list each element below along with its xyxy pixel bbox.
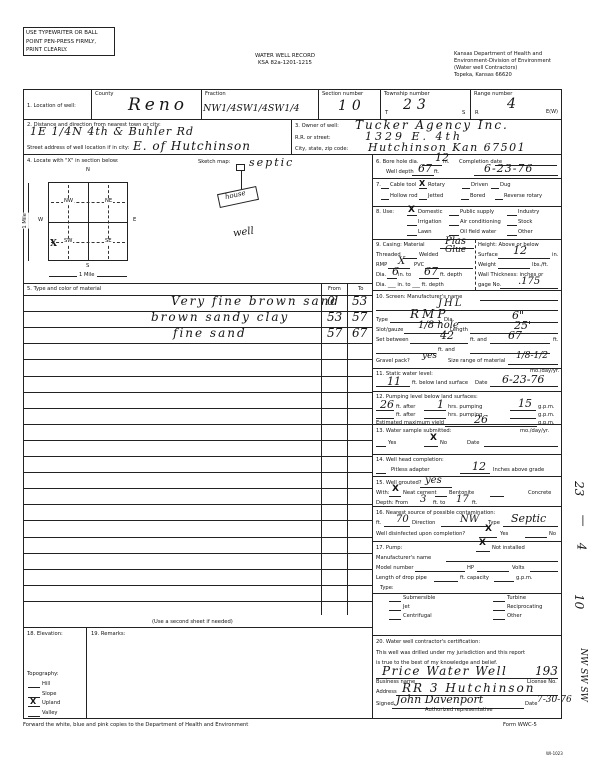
pump-type-centrifugal[interactable]: Centrifugal (403, 614, 432, 620)
material-from[interactable]: 53 (327, 311, 342, 324)
location-label: 1. Location of well: (27, 104, 76, 110)
well-depth-unit: ft. (434, 170, 439, 176)
bore-in-unit: in. (443, 160, 449, 166)
pumping-after-label: ft. after (396, 405, 415, 411)
disinfected-label: Well disinfected upon completion? (376, 532, 465, 538)
disinfected-yes-mark[interactable]: X (485, 525, 492, 535)
drill-option-cable-tool[interactable]: Cable tool (390, 183, 416, 189)
pumping-after-label-2: ft. after (396, 413, 415, 419)
sample-date-format: mo./day/yr. (520, 429, 549, 435)
range-r: R (475, 111, 479, 117)
material-from[interactable]: 0 (327, 295, 335, 308)
welded-label: Welded (419, 253, 438, 259)
certification-label: 20. Water well contractor's certificatio… (376, 640, 480, 646)
range-ew-circle[interactable]: E(W) (546, 110, 558, 116)
mile-label-vertical: 1 Mile (23, 213, 29, 229)
street-address-label: Street address of well location if in ci… (27, 146, 129, 152)
sample-yes-option[interactable]: Yes (388, 441, 396, 447)
max-yield-label: Estimated maximum yield (376, 421, 444, 427)
use-option-air-conditioning[interactable]: Air conditioning (460, 220, 501, 226)
certification-statement-1: This well was drilled under my jurisdict… (376, 651, 525, 657)
static-level-unit: ft. below land surface (412, 381, 468, 387)
max-yield-field[interactable]: 26 (474, 414, 488, 426)
disinfected-no[interactable]: No (549, 532, 556, 538)
owner-label: 3. Owner of well: (295, 124, 339, 130)
disinfected-yes[interactable]: Yes (500, 532, 508, 538)
compass-e: E (133, 218, 136, 224)
quadrant-se[interactable]: SE (104, 239, 113, 245)
use-option-industry[interactable]: Industry (518, 210, 539, 216)
use-label: 8. Use: (376, 210, 394, 216)
head-inches-label: Inches above grade (493, 468, 544, 474)
pump-hp-label: HP (467, 566, 474, 572)
pumping-gpm-unit: g.p.m. (538, 405, 555, 411)
pump-type-label: Type: (380, 586, 394, 592)
remarks-label: 19. Remarks: (91, 632, 125, 638)
pumping-hrs-label: hrs. pumping (448, 405, 482, 411)
pump-type-submersible[interactable]: Submersible (403, 596, 435, 602)
drill-option-hollow-rod[interactable]: Hollow rod (390, 194, 418, 200)
gage-label: gage No. (478, 283, 501, 289)
slot-gauze-label: Slot/gauze (376, 328, 403, 334)
signed-label: Signed (376, 702, 394, 708)
margin-dash: — (576, 515, 589, 527)
pump-type-other[interactable]: Other (507, 614, 522, 620)
section-grid[interactable]: NW NE SW SE X (48, 182, 128, 261)
gravel-pack-label: Gravel pack? (376, 359, 410, 365)
set-to-field[interactable]: 67 (508, 330, 522, 342)
use-checked-mark: X (408, 206, 415, 216)
distance-field[interactable]: 1E 1/4N 4th & Buhler Rd (30, 126, 194, 138)
size-range-label: Size range of material (448, 359, 505, 365)
pump-volts-label: Volts (512, 566, 525, 572)
margin-township: 23 (572, 481, 585, 496)
drill-checked-mark: X (419, 180, 425, 189)
sample-no-mark[interactable]: X (430, 434, 437, 444)
margin-section: 10 (572, 594, 585, 609)
topography-label: Topography: (27, 672, 59, 678)
grout-to-unit: ft. (472, 501, 477, 507)
pump-model-label: Model number (376, 566, 413, 572)
water-sample-label: 13. Water sample submitted: (376, 429, 451, 435)
completion-date-field[interactable]: 6-23-76 (484, 163, 533, 175)
township-field[interactable]: 23 (403, 98, 431, 113)
agency-block: Kansas Department of Health and Environm… (454, 51, 551, 79)
pump-not-installed[interactable]: Not installed (492, 546, 525, 552)
grout-with-label: With: (376, 491, 390, 497)
welded-field[interactable]: Glue (445, 246, 466, 256)
rmp-label: RMP (376, 263, 387, 269)
pump-not-installed-mark[interactable]: X (479, 539, 486, 549)
static-date-field[interactable]: 6-23-76 (502, 374, 544, 386)
quadrant-ne[interactable]: NE (104, 199, 113, 205)
pump-type-turbine[interactable]: Turbine (507, 596, 526, 602)
grout-to-field[interactable]: 17 (456, 494, 469, 505)
pump-capacity-unit: g.p.m. (516, 576, 533, 582)
casing-depth-label: ft. depth (440, 273, 462, 279)
max-yield-unit: g.p.m. (538, 421, 555, 427)
range-field[interactable]: 4 (507, 97, 516, 112)
use-option-stock[interactable]: Stock (518, 220, 532, 226)
to-header: To (358, 287, 363, 293)
material-to[interactable]: 53 (352, 295, 367, 308)
margin-range: 4 (574, 543, 587, 551)
cert-date-label: Date (525, 702, 537, 708)
drill-option-bored[interactable]: Bored (470, 194, 485, 200)
material-description[interactable]: Very fine brown sand (171, 295, 340, 308)
casing-dia-label: Dia. (376, 273, 386, 279)
owner-city-label: City, state, zip code: (295, 147, 348, 153)
grout-from-field[interactable]: 3 (420, 494, 426, 505)
contamination-direction-field[interactable]: NW (460, 514, 479, 525)
set-to-unit: ft. (553, 338, 558, 344)
compass-w: W (38, 218, 43, 224)
compass-n: N (86, 168, 90, 174)
material-from[interactable]: 57 (327, 327, 342, 340)
grout-concrete[interactable]: Concrete (528, 491, 551, 497)
pumping-gpm-field[interactable]: 15 (518, 398, 532, 410)
pump-manufacturer-label: Manufacturer's name (376, 556, 431, 562)
gravel-pack-field[interactable]: yes (422, 352, 437, 362)
material-description[interactable]: fine sand (173, 327, 247, 340)
fraction-field[interactable]: NW1/4SW1/4SW1/4 (203, 104, 300, 114)
location-x-mark: X (50, 240, 57, 250)
agency-line: Topeka, Kansas 66620 (454, 72, 551, 79)
rmp-mark[interactable]: X (398, 256, 405, 267)
license-number-field[interactable]: 193 (535, 665, 558, 678)
topography-checked-mark: X (30, 698, 36, 707)
contamination-ft-field[interactable]: 70 (396, 514, 409, 525)
casing-weight-unit: lbs./ft. (532, 263, 548, 269)
use-option-domestic[interactable]: Domestic (418, 210, 442, 216)
drill-option-jetted[interactable]: Jetted (428, 194, 443, 200)
notice-line: POINT PEN-PRESS FIRMLY, (26, 38, 112, 47)
quadrant-sw[interactable]: SW (63, 239, 73, 245)
set-between-label: Set between (376, 338, 409, 344)
fraction-label: Fraction (205, 92, 226, 98)
agency-line: Kansas Department of Health and (454, 51, 551, 58)
set-from-field[interactable]: 42 (440, 330, 454, 342)
township-t: T (385, 111, 388, 117)
material-to[interactable]: 67 (352, 327, 367, 340)
margin-fraction: NW SW SW (577, 648, 587, 702)
grout-neat-mark[interactable]: X (392, 485, 399, 495)
set-and-label-2: ft. and (438, 348, 455, 354)
drill-option-driven[interactable]: Driven (471, 183, 488, 189)
authorized-rep-label: Authorized representative (425, 708, 493, 714)
address-label: Address (376, 690, 397, 696)
section-label: Section number (322, 92, 363, 98)
contamination-type-field[interactable]: Septic (511, 513, 546, 525)
signature-field[interactable]: John Davenport (396, 694, 483, 706)
material-label: 5. Type and color of material (27, 287, 101, 293)
well-depth-field[interactable]: 67 (418, 163, 432, 175)
casing-surface-field[interactable]: 12 (513, 245, 527, 257)
material-description[interactable]: brown sandy clay (151, 311, 289, 324)
pumping-gpm-unit-2: g.p.m. (538, 413, 555, 419)
pump-type-reciprocating[interactable]: Reciprocating (507, 605, 542, 611)
cert-date-field[interactable]: 7-30-76 (537, 696, 572, 706)
gage-field[interactable]: .175 (518, 276, 540, 287)
topography-option-slope[interactable]: Slope (42, 692, 56, 698)
grouted-field[interactable]: yes (425, 475, 442, 486)
use-option-irrigation[interactable]: Irrigation (418, 220, 442, 226)
section-field[interactable]: 10 (338, 99, 366, 114)
casing-height-label: Height: Above or below (478, 243, 539, 249)
use-option-other[interactable]: Other (518, 230, 533, 236)
from-header: From (328, 287, 341, 293)
use-option-lawn[interactable]: Lawn (418, 230, 432, 236)
sample-no-option[interactable]: No (440, 441, 447, 447)
instructions-box: USE TYPEWRITER OR BALL POINT PEN-PRESS F… (23, 27, 115, 56)
county-label: County (95, 92, 113, 98)
bore-label: 6. Bore hole dia. (376, 160, 419, 166)
casing-material-label: 9. Casing: Material (376, 243, 425, 249)
static-level-label: 11. Static water level: (376, 372, 433, 378)
print-code: WI-1023 (546, 752, 563, 756)
threaded-label: Threaded (376, 253, 401, 259)
owner-street-label: R.R. or street: (295, 136, 331, 142)
pitless-adapter-option[interactable]: Pitless adapter (391, 468, 429, 474)
size-range-field[interactable]: 1/8-1/2 (516, 352, 548, 362)
pump-type-jet[interactable]: Jet (403, 605, 410, 611)
topography-option-hill[interactable]: Hill (42, 682, 50, 688)
form-statute: KSA 82a-1201-1215 (258, 61, 312, 67)
agency-line: (Water well Contractors) (454, 65, 551, 72)
form-number: Form WWC-5 (503, 723, 537, 729)
casing-dia2-label: Dia. ___ in. to ___ ft. depth (376, 283, 444, 289)
margin-location-stamp: 23 — 4 10 NW SW SW (573, 470, 593, 740)
forward-instructions: Forward the white, blue and pink copies … (23, 723, 248, 729)
notice-line: USE TYPEWRITER OR BALL (26, 29, 112, 38)
mile-label-horizontal: 1 Mile (77, 273, 97, 279)
set-and-label: ft. and (470, 338, 487, 344)
static-date-label: Date (475, 381, 487, 387)
elevation-label: 18. Elevation: (27, 632, 63, 638)
use-option-public-supply[interactable]: Public supply (460, 210, 494, 216)
septic-icon (236, 164, 245, 171)
compass-s: S (86, 264, 89, 270)
casing-to-label: in. to (398, 273, 411, 279)
second-sheet-note: (Use a second sheet if needed) (152, 620, 233, 626)
locate-label: 4. Locate with "X" in section below: (27, 159, 119, 165)
material-to[interactable]: 57 (352, 311, 367, 324)
notice-line: PRINT CLEARLY. (26, 46, 112, 55)
material-row[interactable]: fine sand5767 (23, 328, 372, 344)
sample-date-label: Date (467, 441, 479, 447)
well-depth-label: Well depth (386, 170, 414, 176)
use-option-oil-field-water[interactable]: Oil field water (460, 230, 496, 236)
township-s: S (462, 111, 465, 117)
pump-capacity-label: ft. capacity (460, 576, 489, 582)
business-name-field[interactable]: Price Water Well (382, 665, 507, 678)
sketch-septic: septic (249, 157, 294, 169)
drill-option-reverse-rotary[interactable]: Reverse rotary (504, 194, 542, 200)
contamination-direction-label: Direction (412, 521, 435, 527)
well-head-label: 14. Well head completion: (376, 458, 444, 464)
drop-pipe-label: Length of drop pipe (376, 576, 427, 582)
casing-weight-label: Weight (478, 263, 496, 269)
casing-surface-label: Surface (478, 253, 498, 259)
pump-label: 17. Pump: (376, 546, 402, 552)
contamination-ft-label: ft. (376, 521, 381, 527)
casing-to-field[interactable]: 67 (424, 266, 438, 278)
drill-option-rotary[interactable]: Rotary (428, 183, 445, 189)
topography-option-upland[interactable]: Upland (42, 701, 60, 707)
agency-line: Environment-Division of Environment (454, 58, 551, 65)
sketch-map-label: Sketch map: (198, 160, 230, 166)
grout-to-label: ft. to (433, 501, 445, 507)
screen-type-label: Type (376, 318, 388, 324)
topography-option-valley[interactable]: Valley (42, 711, 57, 717)
drill-option-dug[interactable]: Dug (500, 183, 511, 189)
head-inches-field[interactable]: 12 (472, 461, 486, 473)
county-field[interactable]: Reno (128, 96, 188, 115)
quadrant-nw[interactable]: NW (63, 199, 74, 205)
casing-surface-unit: in. (552, 253, 558, 259)
street-address-field[interactable]: E. of Hutchinson (133, 140, 251, 153)
pvc-label: PVC (414, 263, 424, 269)
grout-depth-label: Depth: From (376, 501, 408, 507)
